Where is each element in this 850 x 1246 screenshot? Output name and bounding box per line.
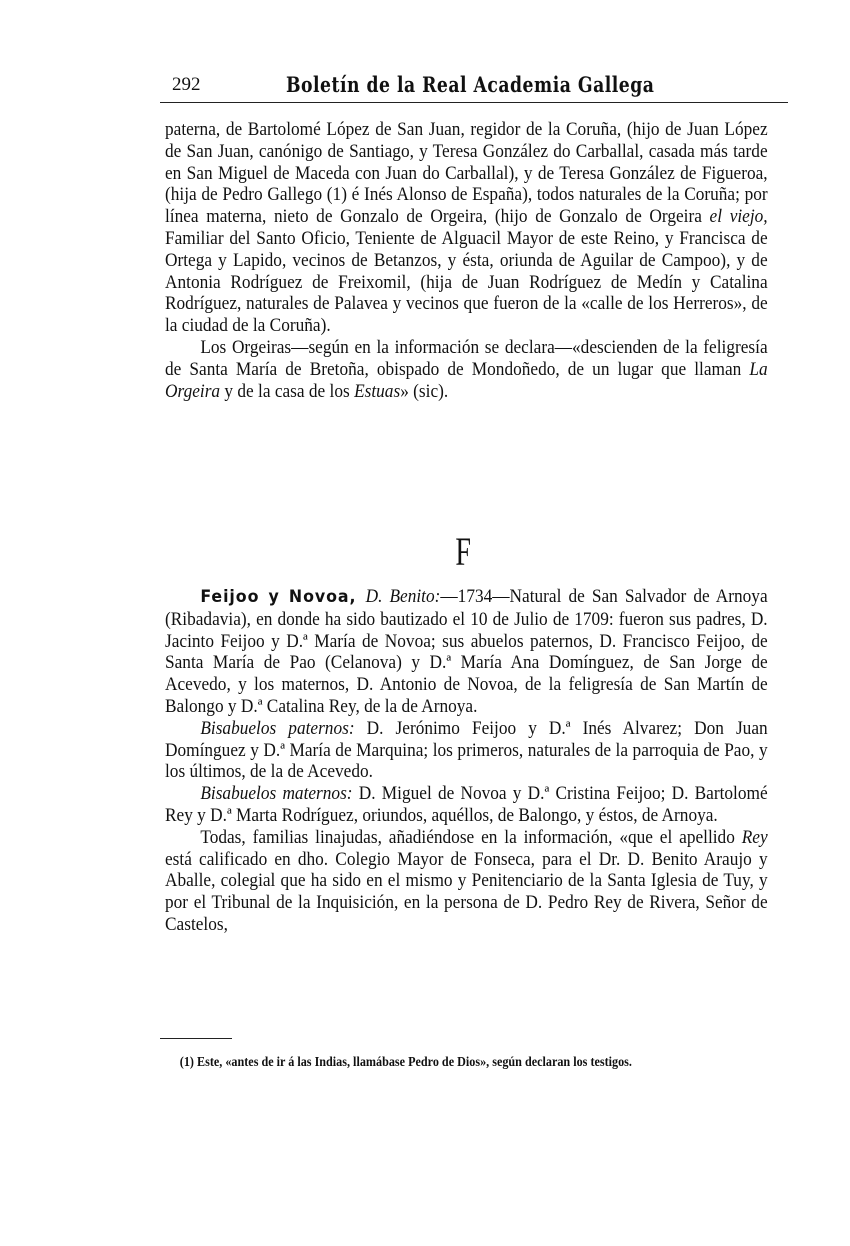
- document-page: 292 Boletín de la Real Academia Gallega …: [0, 0, 850, 1246]
- paragraph: Todas, familias linajudas, añadiéndose e…: [165, 827, 768, 936]
- text-run: y de la casa de los: [220, 381, 354, 402]
- italic-text: Bisabuelos maternos:: [200, 783, 352, 804]
- paragraph: Bisabuelos paternos: D. Jerónimo Feijoo …: [165, 718, 768, 783]
- section-letter: F: [455, 528, 471, 575]
- footnote-rule: [160, 1038, 232, 1039]
- running-title: Boletín de la Real Academia Gallega: [286, 72, 654, 97]
- footnote-text: (1) Este, «antes de ir á las Indias, lla…: [160, 1052, 772, 1071]
- italic-text: Rey: [742, 827, 768, 848]
- italic-text: Bisabuelos paternos:: [200, 718, 354, 739]
- text-run: Familiar del Santo Oficio, Teniente de A…: [165, 228, 768, 336]
- paragraph: Los Orgeiras—según en la información se …: [165, 337, 768, 402]
- entry-name: Feijoo y Novoa,: [200, 587, 365, 607]
- italic-text: Estuas: [354, 381, 400, 402]
- footnote: (1) Este, «antes de ir á las Indias, lla…: [160, 1052, 772, 1071]
- page-header: 292 Boletín de la Real Academia Gallega: [160, 72, 788, 103]
- body-section-2: Feijoo y Novoa, D. Benito:—1734—Natural …: [165, 586, 768, 936]
- text-run: Los Orgeiras—según en la información se …: [165, 337, 768, 380]
- paragraph: Feijoo y Novoa, D. Benito:—1734—Natural …: [165, 586, 768, 718]
- text-run: Todas, familias linajudas, añadiéndose e…: [200, 827, 741, 848]
- italic-text: el viejo,: [710, 206, 768, 227]
- paragraph: Bisabuelos maternos: D. Miguel de Novoa …: [165, 783, 768, 827]
- text-run: paterna, de Bartolomé López de San Juan,…: [165, 119, 768, 227]
- paragraph: paterna, de Bartolomé López de San Juan,…: [165, 119, 768, 337]
- text-run: está calificado en dho. Colegio Mayor de…: [165, 849, 768, 935]
- entry-title: D. Benito:: [366, 586, 441, 607]
- text-run: » (sic).: [400, 381, 448, 402]
- page-number: 292: [172, 74, 201, 96]
- body-section-1: paterna, de Bartolomé López de San Juan,…: [165, 119, 768, 402]
